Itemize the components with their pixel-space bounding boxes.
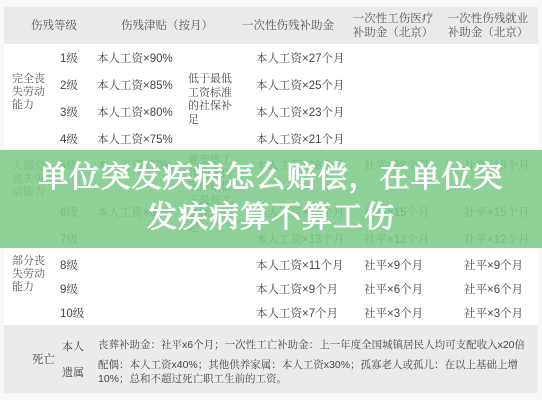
overlay-title-line2: 发疾病算不算工伤 — [0, 198, 542, 238]
lump-sum-cell: 本人工资×23个月 — [244, 98, 354, 125]
death-group-label: 死亡 — [32, 351, 55, 367]
level-cell: 8级 — [52, 253, 88, 277]
allowance-cell: 本人工资×75% — [88, 125, 184, 152]
employment-cell: 社平×3个月 — [446, 301, 538, 325]
employment-cell: 社平×9个月 — [446, 253, 538, 277]
group-label-full-loss: 完全丧失劳动能力 — [4, 71, 52, 152]
header-employment-subsidy: 一次性伤残就业补助金（北京） — [440, 12, 536, 40]
level-cell: 10级 — [52, 301, 88, 325]
header-lump-sum: 一次性伤残补助金 — [230, 19, 346, 33]
lump-sum-cell: 本人工资×21个月 — [244, 125, 354, 152]
compensation-table-page: 伤残等级 伤残津贴（按月） 一次性伤残补助金 一次性工伤医疗补助金（北京） 一次… — [0, 0, 542, 400]
group-label-partial-loss: 部分丧失劳动能力 — [4, 253, 52, 325]
lump-sum-cell: 本人工资×25个月 — [244, 71, 354, 98]
death-survivor-row: 遗属 配偶：本人工资x40%；其他供养家属：本人工资x30%；孤寡老人或孤儿：在… — [62, 358, 536, 386]
title-overlay-banner: 单位突发疾病怎么赔偿，在单位突 发疾病算不算工伤 — [0, 150, 542, 248]
level-cell: 4级 — [52, 125, 88, 152]
medical-cell: 社平×6个月 — [354, 277, 446, 301]
lump-sum-cell: 本人工资×27个月 — [244, 44, 354, 71]
lump-sum-cell: 本人工资×9个月 — [244, 277, 354, 301]
overlay-title-line1: 单位突发疾病怎么赔偿，在单位突 — [0, 158, 542, 198]
header-level: 伤残等级 — [4, 19, 104, 33]
level-cell: 2级 — [52, 71, 88, 98]
death-section: 死亡 本人 丧葬补助金：社平x6个月；一次性工亡补助金：上一年度全国城镇居民人均… — [4, 325, 538, 393]
allowance-cell: 本人工资×90% — [88, 44, 184, 71]
medical-cell: 社平×9个月 — [354, 253, 446, 277]
death-self-text: 丧葬补助金：社平x6个月；一次性工亡补助金：上一年度全国城镇居民人均可支配收入x… — [98, 338, 536, 354]
level-cell: 9级 — [52, 277, 88, 301]
table-header-row: 伤残等级 伤残津贴（按月） 一次性伤残补助金 一次性工伤医疗补助金（北京） 一次… — [4, 7, 538, 44]
level-cell: 3级 — [52, 98, 88, 125]
level-cell: 1级 — [52, 44, 88, 71]
header-medical-subsidy: 一次性工伤医疗补助金（北京） — [346, 12, 440, 40]
death-survivor-label: 遗属 — [62, 364, 98, 380]
allowance-cell: 本人工资×85% — [88, 71, 184, 98]
death-survivor-text: 配偶：本人工资x40%；其他供养家属：本人工资x30%；孤寡老人或孤儿：在以上基… — [98, 358, 536, 386]
allowance-cell: 本人工资×80% — [88, 98, 184, 125]
death-self-row: 本人 丧葬补助金：社平x6个月；一次性工亡补助金：上一年度全国城镇居民人均可支配… — [62, 338, 536, 354]
lump-sum-cell: 本人工资×11个月 — [244, 253, 354, 277]
medical-cell: 社平×3个月 — [354, 301, 446, 325]
death-self-label: 本人 — [62, 338, 98, 354]
note-full-loss: 低于最低工资标准的社保补足 — [184, 71, 244, 152]
employment-cell: 社平×6个月 — [446, 277, 538, 301]
header-allowance: 伤残津贴（按月） — [104, 19, 230, 33]
lump-sum-cell: 本人工资×7个月 — [244, 301, 354, 325]
